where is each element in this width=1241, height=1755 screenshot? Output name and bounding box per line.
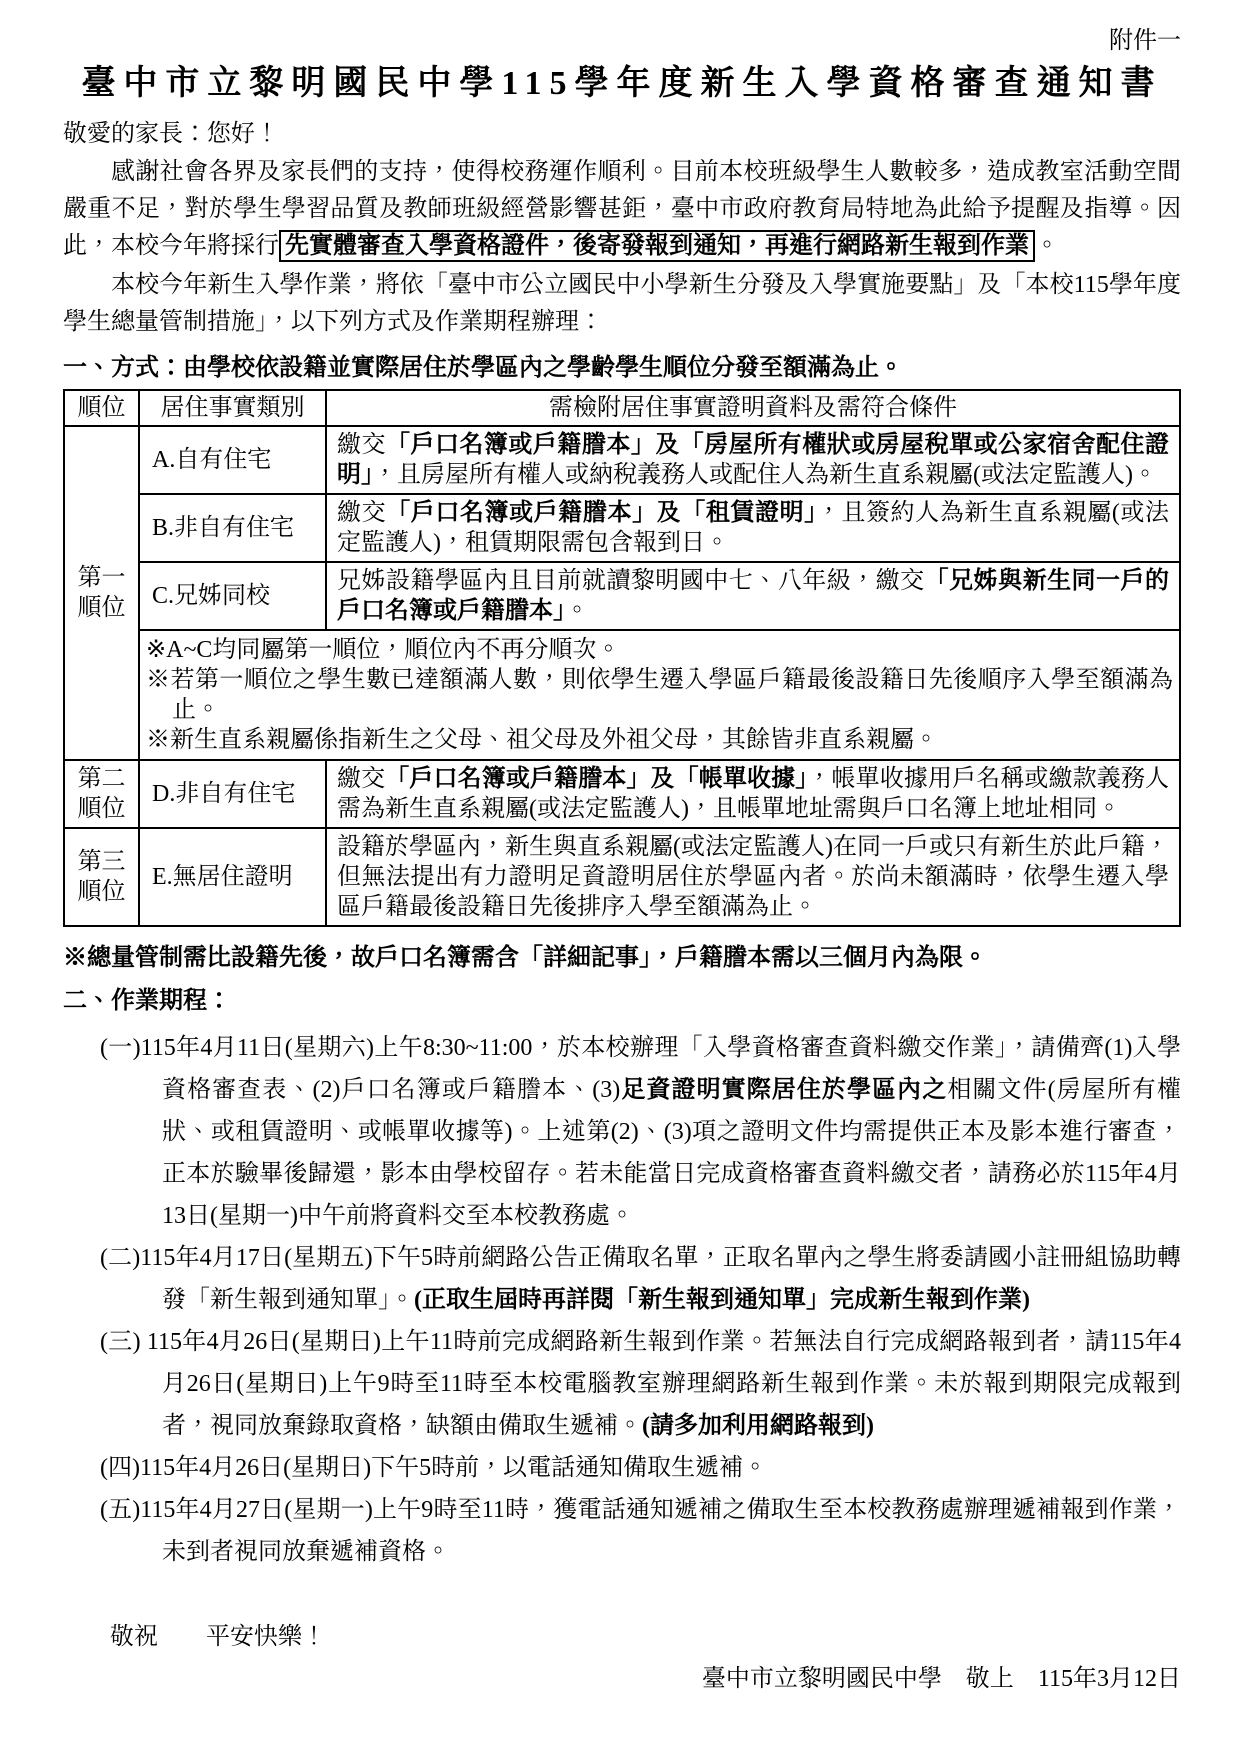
table-row: C.兄姊同校 兄姊設籍學區內且目前就讀黎明國中七、八年級，繳交「兄姊與新生同一戶… — [64, 562, 1180, 630]
table-header-row: 順位 居住事實類別 需檢附居住事實證明資料及需符合條件 — [64, 390, 1180, 426]
category-cell-d: D.非自有住宅 — [139, 760, 326, 828]
table-row: 第二順位 D.非自有住宅 繳交「戶口名簿或戶籍謄本」及「帳單收據」，帳單收據用戶… — [64, 760, 1180, 828]
requirement-cell-c: 兄姊設籍學區內且目前就讀黎明國中七、八年級，繳交「兄姊與新生同一戶的戶口名簿或戶… — [326, 562, 1180, 630]
item-text: 115年4月27日(星期一)上午9時至11時，獲電話通知遞補之備取生至本校教務處… — [140, 1497, 1181, 1565]
note-line: ※新生直系親屬係指新生之父母、祖父母及外祖父母，其餘皆非直系親屬。 — [146, 725, 1173, 755]
category-cell-c: C.兄姊同校 — [139, 562, 326, 630]
priority-table: 順位 居住事實類別 需檢附居住事實證明資料及需符合條件 第一順位 A.自有住宅 … — [63, 389, 1181, 927]
category-cell-a: A.自有住宅 — [139, 426, 326, 494]
schedule-list: (一)115年4月11日(星期六)上午8:30~11:00，於本校辦理「入學資格… — [100, 1027, 1181, 1573]
schedule-item-5: (五)115年4月27日(星期一)上午9時至11時，獲電話通知遞補之備取生至本校… — [100, 1489, 1181, 1573]
category-cell-e: E.無居住證明 — [139, 828, 326, 926]
item-marker: (三) — [100, 1329, 141, 1355]
requirement-cell-a: 繳交「戶口名簿或戶籍謄本」及「房屋所有權狀或房屋稅單或公家宿舍配住證明」，且房屋… — [326, 426, 1180, 494]
note-line: ※A~C均同屬第一順位，順位內不再分順次。 — [146, 635, 1173, 665]
requirement-cell-e: 設籍於學區內，新生與直系親屬(或法定監護人)在同一戶或只有新生於此戶籍，但無法提… — [326, 828, 1180, 926]
schedule-item-4: (四)115年4月26日(星期日)下午5時前，以電話通知備取生遞補。 — [100, 1447, 1181, 1489]
category-cell-b: B.非自有住宅 — [139, 494, 326, 562]
section-one-heading: 一、方式：由學校依設籍並實際居住於學區內之學齡學生順位分發至額滿為止。 — [63, 349, 1181, 387]
rank-cell-first-priority: 第一順位 — [64, 426, 139, 760]
attachment-label: 附件一 — [63, 26, 1181, 56]
item-text: 115年4月26日(星期日)上午11時前完成網路新生報到作業。若無法自行完成網路… — [141, 1329, 1181, 1439]
signature-line: 臺中市立黎明國民中學 敬上 115年3月12日 — [63, 1661, 1181, 1697]
table-row: 第三順位 E.無居住證明 設籍於學區內，新生與直系親屬(或法定監護人)在同一戶或… — [64, 828, 1180, 926]
intro-paragraph-2: 本校今年新生入學作業，將依「臺中市公立國民中小學新生分發及入學實施要點」及「本校… — [63, 267, 1181, 341]
priority-one-notes-cell: ※A~C均同屬第一順位，順位內不再分順次。 ※若第一順位之學生數已達額滿人數，則… — [139, 630, 1180, 760]
item-text: 115年4月26日(星期日)下午5時前，以電話通知備取生遞補。 — [140, 1455, 767, 1481]
salutation: 敬愛的家長：您好！ — [63, 116, 1181, 152]
rank-cell-third-priority: 第三順位 — [64, 828, 139, 926]
table-row: B.非自有住宅 繳交「戶口名簿或戶籍謄本」及「租賃證明」，且簽約人為新生直系親屬… — [64, 494, 1180, 562]
schedule-item-1: (一)115年4月11日(星期六)上午8:30~11:00，於本校辦理「入學資格… — [100, 1027, 1181, 1237]
requirement-cell-b: 繳交「戶口名簿或戶籍謄本」及「租賃證明」，且簽約人為新生直系親屬(或法定監護人)… — [326, 494, 1180, 562]
item-text: 115年4月11日(星期六)上午8:30~11:00，於本校辦理「入學資格審查資… — [141, 1035, 1181, 1229]
requirement-cell-d: 繳交「戶口名簿或戶籍謄本」及「帳單收據」，帳單收據用戶名稱或繳款義務人需為新生直… — [326, 760, 1180, 828]
schedule-item-3: (三) 115年4月26日(星期日)上午11時前完成網路新生報到作業。若無法自行… — [100, 1321, 1181, 1447]
schedule-item-2: (二)115年4月17日(星期五)下午5時前網路公告正備取名單，正取名單內之學生… — [100, 1237, 1181, 1321]
item-marker: (一) — [100, 1035, 141, 1061]
table-row: ※A~C均同屬第一順位，順位內不再分順次。 ※若第一順位之學生數已達額滿人數，則… — [64, 630, 1180, 760]
section-two-heading: 二、作業期程： — [63, 981, 1181, 1021]
table-row: 第一順位 A.自有住宅 繳交「戶口名簿或戶籍謄本」及「房屋所有權狀或房屋稅單或公… — [64, 426, 1180, 494]
note-line: ※若第一順位之學生數已達額滿人數，則依學生遷入學區戶籍最後設籍日先後順序入學至額… — [146, 665, 1173, 725]
item-marker: (二) — [100, 1245, 140, 1271]
rank-cell-second-priority: 第二順位 — [64, 760, 139, 828]
page-title: 臺中市立黎明國民中學115學年度新生入學資格審查通知書 — [63, 62, 1181, 106]
item-marker: (五) — [100, 1497, 140, 1523]
intro-paragraph-1: 感謝社會各界及家長們的支持，使得校務運作順利。目前本校班級學生人數較多，造成教室… — [63, 154, 1181, 265]
item-text: 115年4月17日(星期五)下午5時前網路公告正備取名單，正取名單內之學生將委請… — [140, 1245, 1181, 1313]
item-marker: (四) — [100, 1455, 140, 1481]
col-header-rank: 順位 — [64, 390, 139, 426]
table-footnote: ※總量管制需比設籍先後，故戶口名簿需含「詳細記事」，戶籍謄本需以三個月內為限。 — [63, 939, 1181, 977]
col-header-category: 居住事實類別 — [139, 390, 326, 426]
col-header-requirement: 需檢附居住事實證明資料及需符合條件 — [326, 390, 1180, 426]
blessing-line: 敬祝 平安快樂！ — [110, 1619, 1181, 1655]
document-page: 附件一 臺中市立黎明國民中學115學年度新生入學資格審查通知書 敬愛的家長：您好… — [0, 0, 1241, 1755]
